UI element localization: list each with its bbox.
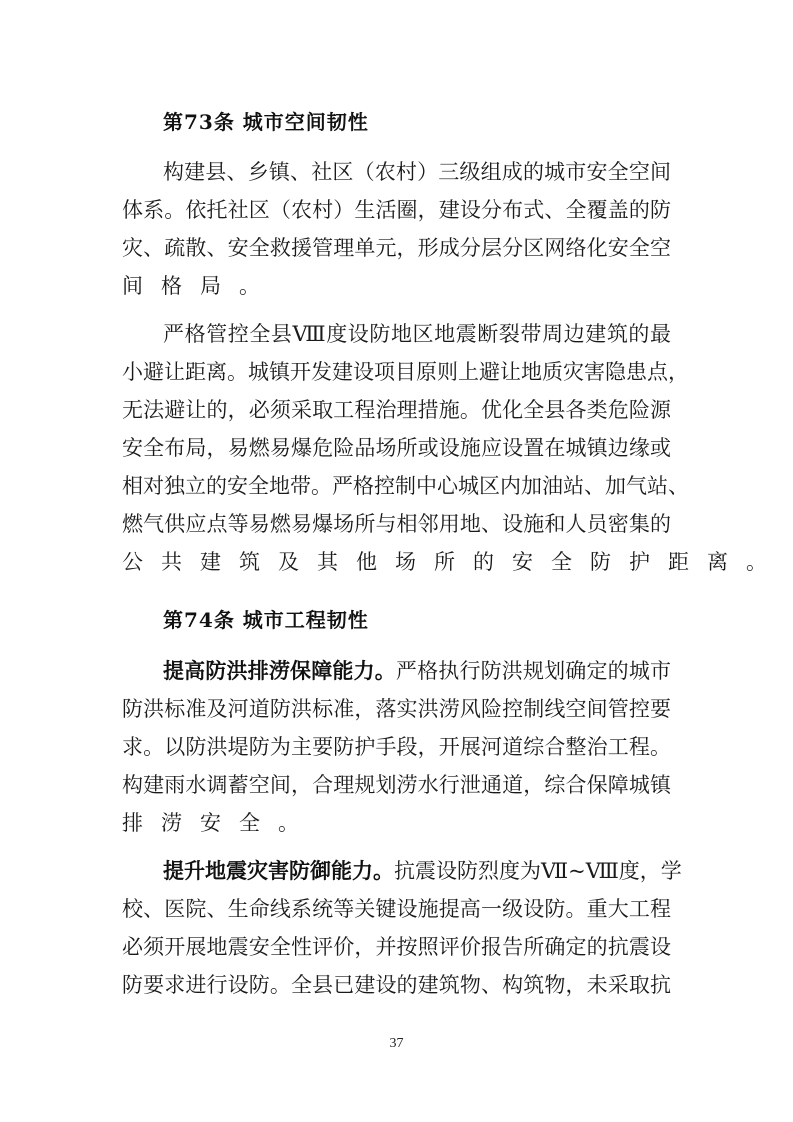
paragraph-line: 构建县、乡镇、社区（农村）三级组成的城市安全空间	[163, 157, 671, 187]
paragraph-line: 防洪标准及河道防洪标准，落实洪涝风险控制线空间管控要	[122, 694, 671, 724]
paragraph-line: 燃气供应点等易燃易爆场所与相邻用地、设施和人员密集的	[122, 509, 671, 539]
section-heading-74: 第74条 城市工程韧性	[163, 605, 369, 635]
paragraph-line: 构建雨水调蓄空间，合理规划涝水行泄通道，综合保障城镇	[122, 770, 671, 800]
paragraph-line: 无法避让的，必须采取工程治理措施。优化全县各类危险源	[122, 395, 671, 425]
paragraph-line: 间格局。	[122, 271, 671, 301]
paragraph-text: 严格执行防洪规划确定的城市	[396, 659, 671, 683]
paragraph-line: 公共建筑及其他场所的安全防护距离。	[122, 547, 671, 577]
paragraph-line: 排涝安全。	[122, 808, 671, 838]
document-page: 第73条 城市空间韧性 构建县、乡镇、社区（农村）三级组成的城市安全空间 体系。…	[0, 0, 793, 1122]
section-heading-73: 第73条 城市空间韧性	[163, 107, 369, 137]
paragraph-text: 抗震设防烈度为Ⅶ~Ⅷ度，学	[394, 859, 682, 883]
paragraph-line: 严格管控全县Ⅷ度设防地区地震断裂带周边建筑的最	[163, 319, 671, 349]
paragraph-line: 安全布局，易燃易爆危险品场所或设施应设置在城镇边缘或	[122, 433, 671, 463]
paragraph-first-line: 提升地震灾害防御能力。抗震设防烈度为Ⅶ~Ⅷ度，学	[163, 856, 671, 886]
paragraph-line: 体系。依托社区（农村）生活圈，建设分布式、全覆盖的防	[122, 195, 671, 225]
paragraph-line: 防要求进行设防。全县已建设的建筑物、构筑物，未采取抗	[122, 970, 671, 1000]
paragraph-line: 灾、疏散、安全救援管理单元，形成分层分区网络化安全空	[122, 233, 671, 263]
page-number: 37	[0, 1036, 793, 1052]
paragraph-line: 相对独立的安全地带。严格控制中心城区内加油站、加气站、	[122, 471, 671, 501]
paragraph-line: 小避让距离。城镇开发建设项目原则上避让地质灾害隐患点，	[122, 357, 671, 387]
paragraph-line: 必须开展地震安全性评价，并按照评价报告所确定的抗震设	[122, 932, 671, 962]
paragraph-lead-bold: 提升地震灾害防御能力。	[163, 858, 394, 883]
paragraph-lead-bold: 提高防洪排涝保障能力。	[163, 658, 396, 683]
paragraph-line: 求。以防洪堤防为主要防护手段，开展河道综合整治工程。	[122, 732, 671, 762]
paragraph-line: 校、医院、生命线系统等关键设施提高一级设防。重大工程	[122, 894, 671, 924]
paragraph-first-line: 提高防洪排涝保障能力。严格执行防洪规划确定的城市	[163, 656, 671, 686]
